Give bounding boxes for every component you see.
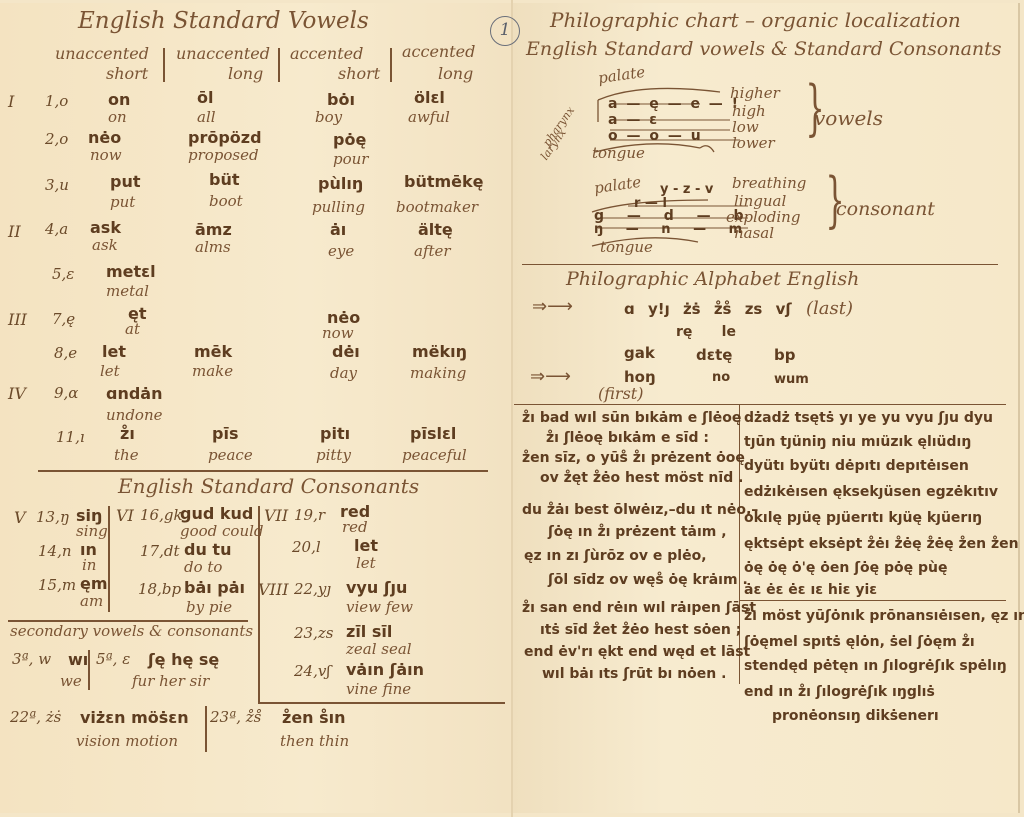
- phonetic-word: dėı: [332, 342, 360, 361]
- gloss-word: let: [356, 554, 376, 572]
- phonetic-word: bȯı: [327, 90, 355, 109]
- poem-line: ov z̊ęt z̊ėo hest möst nīd .: [540, 470, 743, 486]
- header-divider: [278, 48, 280, 82]
- gloss-word: then thin: [280, 732, 349, 750]
- gloss-word: the: [114, 446, 139, 464]
- gloss-word: making: [410, 364, 466, 382]
- consonant-row-symbols: y - z - v: [660, 182, 713, 197]
- alphabet-item: wum: [774, 372, 809, 387]
- gloss-word: pour: [333, 150, 368, 168]
- gloss-word: after: [414, 242, 451, 260]
- col-header-1-line1: unaccented: [55, 44, 149, 63]
- col-header-2-line1: unaccented: [176, 44, 270, 63]
- gloss-word: good could: [180, 522, 264, 540]
- vowel-number: 4,a: [45, 220, 68, 238]
- consonant-number: 17,dt: [140, 542, 180, 560]
- phonetic-word: viżɛn möṡɛn: [80, 708, 189, 727]
- example-line: dyütı byütı dėpıtı depıtėısen: [744, 458, 969, 474]
- group-divider: [258, 506, 260, 704]
- vowel-row-symbols: a — ɛ: [608, 112, 659, 128]
- section-divider: [514, 404, 1006, 405]
- phonetic-word: büt: [209, 170, 240, 189]
- vowel-number: 1,o: [45, 92, 68, 110]
- alphabet-item: bp: [774, 346, 795, 364]
- phonetic-word: nėo: [88, 128, 121, 147]
- secondary-title: secondary vowels & consonants: [10, 622, 253, 640]
- example-line: ȯkılę pȷüę pȷüerıtı kȷüę kȷüerıŋ: [744, 510, 982, 526]
- group-label: VIII: [258, 580, 289, 599]
- phonetic-word: pùlıŋ: [318, 174, 363, 193]
- gloss-word: peace: [208, 446, 253, 464]
- secondary-divider-v: [205, 706, 207, 752]
- gloss-word: am: [80, 592, 103, 610]
- secondary-number: 3ª, w: [12, 650, 51, 668]
- tongue-label: tongue: [592, 144, 645, 162]
- arrow-right-icon: ⇒⟶: [532, 296, 573, 317]
- col-header-3-line2: short: [338, 64, 380, 83]
- phonetic-word: mēk: [194, 342, 232, 361]
- gloss-word: we: [60, 672, 82, 690]
- gloss-word: undone: [106, 406, 163, 424]
- page-fold: [511, 0, 513, 817]
- phonetic-word: put: [110, 172, 141, 191]
- gloss-word: proposed: [188, 146, 259, 164]
- gloss-word: let: [100, 362, 120, 380]
- gloss-word: view few: [346, 598, 413, 616]
- gloss-word: bootmaker: [396, 198, 478, 216]
- phonetic-word: ʃę hę sę: [148, 650, 219, 669]
- phonetic-word: wı: [68, 650, 88, 669]
- phonetic-word: du tu: [184, 540, 231, 559]
- gloss-word: now: [322, 324, 354, 342]
- example-line: dżadż tsętṡ yı ye yu vyu ʃȷu dyu: [744, 410, 993, 426]
- note-line: pronėonsıŋ dikṡenerı: [772, 708, 939, 724]
- example-line: ȧɛ ėɛ ėɛ ıɛ hiɛ yiɛ: [744, 582, 877, 598]
- vowel-number: 3,u: [45, 176, 69, 194]
- alphabet-row: rę le: [676, 324, 736, 340]
- phonetic-word: ęm: [80, 574, 108, 593]
- gloss-word: on: [108, 108, 127, 126]
- vowel-row-symbols: o — o — u: [608, 128, 703, 144]
- example-line: ȯę ȯę ȯ'ę ȯen ʃȯę pȯę pùę: [744, 560, 948, 576]
- col-header-2-line2: long: [228, 64, 263, 83]
- example-line: tȷūn tȷüniŋ niu mıüzık ęlıüdıŋ: [744, 434, 971, 450]
- consonant-number: 13,ŋ: [36, 508, 70, 526]
- phonetic-word: ältę: [418, 220, 453, 239]
- phonetic-word: pȯę: [333, 130, 366, 149]
- phonetic-word: ȧı: [330, 220, 346, 239]
- poem-line: z̊ı ʃlėoę bıkȧm e sīd :: [546, 430, 709, 446]
- vowel-row-label: higher: [730, 84, 780, 102]
- group-label: V: [14, 508, 26, 527]
- vowel-number: 9,ɑ: [54, 384, 78, 402]
- group-label: III: [8, 310, 27, 329]
- gloss-word: boot: [209, 192, 243, 210]
- gloss-word: alms: [195, 238, 231, 256]
- gloss-word: do to: [184, 558, 222, 576]
- poem-line: du z̊ȧı best ōlwėız,–du ıt nėo,–: [522, 502, 758, 518]
- secondary-number: 5ª, ɛ: [96, 650, 130, 668]
- gloss-word: peaceful: [402, 446, 467, 464]
- gloss-word: boy: [315, 108, 342, 126]
- alphabet-item: dɛtę: [696, 346, 732, 364]
- consonant-number: 20,l: [292, 538, 321, 556]
- secondary-number: 23ª, z̊s̊: [210, 708, 261, 726]
- consonants-title: English Standard Consonants: [118, 474, 419, 498]
- col-header-4-line2: long: [438, 64, 473, 83]
- consonant-row-symbols: ŋ — n — m: [594, 222, 742, 237]
- consonant-number: 24,vʃ: [294, 662, 330, 680]
- secondary-number: 22ª, żṡ: [10, 708, 61, 726]
- poem-line: ʃōl sīdz ov węs̊ ȯę krȧım .: [548, 572, 748, 588]
- group-label: VI: [116, 506, 134, 525]
- header-divider: [163, 48, 165, 82]
- alphabet-item: no: [712, 370, 730, 385]
- poem-line: end ėv'rı ękt end węd et lāst: [524, 644, 750, 660]
- gloss-word: now: [90, 146, 122, 164]
- phonetic-word: gud kud: [180, 504, 253, 523]
- gloss-word: put: [110, 193, 135, 211]
- phonetic-word: let: [354, 536, 378, 555]
- section-divider: [740, 600, 1006, 601]
- gloss-word: ask: [92, 236, 118, 254]
- consonant-number: 23,zs: [294, 624, 333, 642]
- phonetic-word: metɛl: [106, 262, 156, 281]
- phonetic-word: vyu ʃȷu: [346, 578, 407, 597]
- phonetic-word: on: [108, 90, 130, 109]
- consonant-label: consonant: [836, 198, 935, 220]
- gloss-word: zeal seal: [346, 640, 412, 658]
- vowels-title: English Standard Vowels: [78, 8, 369, 34]
- vowels-label: vowels: [814, 106, 883, 130]
- alphabet-item: gak: [624, 344, 655, 362]
- consonant-number: 14,n: [38, 542, 72, 560]
- section-divider: [522, 264, 998, 265]
- vowel-number: 8,e: [54, 344, 77, 362]
- chart-subtitle: English Standard vowels & Standard Conso…: [526, 38, 1002, 60]
- consonant-row-label: nasal: [734, 224, 774, 242]
- phonetic-word: bütmēkę: [404, 172, 484, 191]
- gloss-word: at: [125, 320, 140, 338]
- vowel-number: 5,ɛ: [52, 265, 74, 283]
- alphabet-row: ɑ y!ȷ żṡ z̊s̊ zs vʃ: [624, 300, 792, 318]
- page-number: 1: [490, 16, 520, 46]
- poem-line: z̊ı san end rėın wıl rȧıpen ʃāst: [522, 600, 756, 616]
- phonetic-word: ölɛl: [414, 88, 445, 107]
- group-label: IV: [8, 384, 26, 403]
- phonetic-word: z̊en s̊ın: [282, 708, 346, 727]
- note-line: end ın z̊ı ʃılogrėʃık ıŋglıṡ: [744, 684, 935, 700]
- consonant-number: 15,m: [38, 576, 76, 594]
- phonetic-word: zīl sīl: [346, 622, 392, 641]
- phonetic-word: prōpözd: [188, 128, 262, 147]
- gloss-word: pulling: [312, 198, 365, 216]
- arrow-right-icon: ⇒⟶: [530, 366, 571, 387]
- poem-line: wıl bȧı ıts ʃrūt bı nȯen .: [542, 666, 726, 682]
- gloss-word: red: [342, 518, 368, 536]
- consonant-row-label: breathing: [732, 174, 806, 192]
- note-line: ʃȯęmel spıtṡ ęlȯn, ṡel ʃȯęm z̊ı: [744, 634, 975, 650]
- phonetic-word: ask: [90, 218, 121, 237]
- example-line: edżıkėısen ęksekȷüsen egzėkıtıv: [744, 484, 998, 500]
- consonant-number: 16,gk: [140, 506, 183, 524]
- phonetic-word: let: [102, 342, 126, 361]
- vowel-row-symbols: a — ę — e — !: [608, 96, 740, 112]
- group-label: VII: [264, 506, 288, 525]
- phonetic-word: mëkıŋ: [412, 342, 467, 361]
- poem-line: ęz ın zı ʃùrōz ov e plėo,: [524, 548, 707, 564]
- alphabet-title: Philographic Alphabet English: [566, 268, 859, 290]
- alphabet-note-last: (last): [806, 298, 853, 319]
- poem-line: ʃȯę ın z̊ı prėzent tȧım ,: [548, 524, 727, 540]
- chart-title: Philographic chart – organic localizatio…: [550, 8, 961, 32]
- consonant-number: 22,yȷ: [294, 580, 331, 598]
- alphabet-note-first: (first): [598, 384, 643, 403]
- phonetic-word: pīslɛl: [410, 424, 456, 443]
- gloss-word: pitty: [316, 446, 351, 464]
- gloss-word: in: [82, 556, 96, 574]
- phonetic-word: pitı: [320, 424, 350, 443]
- group-label: I: [8, 92, 14, 111]
- vowel-number: 2,o: [45, 130, 68, 148]
- gloss-word: by pie: [186, 598, 232, 616]
- consonant-number: 18,bp: [138, 580, 181, 598]
- phonetic-word: āmz: [195, 220, 232, 239]
- vowel-number: 11,ı: [56, 428, 85, 446]
- consonant-number: 19,r: [294, 506, 325, 524]
- poem-line: z̊en sīz, o yūs̊ z̊ı prėzent ȯoę: [522, 450, 745, 466]
- phonetic-word: ɑndȧn: [106, 384, 162, 403]
- box-bottom-line: [260, 702, 505, 704]
- gloss-word: day: [330, 364, 357, 382]
- group-label: II: [8, 222, 21, 241]
- col-header-1-line2: short: [106, 64, 148, 83]
- phonetic-word: bȧı pȧı: [184, 578, 245, 597]
- phonetic-word: pīs: [212, 424, 238, 443]
- col-header-4-line1: accented: [402, 42, 475, 61]
- column-divider: [739, 404, 740, 684]
- gloss-word: awful: [408, 108, 450, 126]
- phonetic-word: vȧın ʃȧın: [346, 660, 424, 679]
- phonetic-word: ōl: [197, 88, 213, 107]
- example-line: ęktsėpt eksėpt z̊ėı z̊ėę z̊ėę z̊en z̊en: [744, 536, 1019, 552]
- gloss-word: all: [197, 108, 216, 126]
- gloss-word: fur her sir: [132, 672, 209, 690]
- gloss-word: metal: [106, 282, 149, 300]
- poem-line: z̊ı bad wıl sūn bıkȧm e ʃlėoę: [522, 410, 741, 426]
- gloss-word: vine fine: [346, 680, 411, 698]
- vowel-number: 7,ę: [52, 310, 75, 328]
- gloss-word: vision motion: [76, 732, 178, 750]
- group-divider: [108, 506, 110, 612]
- header-divider: [390, 48, 392, 82]
- tongue-label: tongue: [600, 238, 653, 256]
- gloss-word: eye: [328, 242, 354, 260]
- section-divider: [38, 470, 488, 472]
- secondary-divider-v: [88, 650, 90, 690]
- poem-line: ıtṡ sīd z̊et z̊ėo hest sȯen ;: [540, 622, 741, 638]
- vowel-row-label: lower: [732, 134, 775, 152]
- gloss-word: sing: [76, 522, 108, 540]
- note-line: stendęd pėtęn ın ʃılogrėʃık spėlıŋ: [744, 658, 1007, 674]
- phonetic-word: z̊ı: [120, 424, 135, 443]
- col-header-3-line1: accented: [290, 44, 363, 63]
- gloss-word: make: [192, 362, 233, 380]
- note-line: z̊ı möst yūʃȯnık prōnansıėısen, ęz ın: [744, 608, 1024, 624]
